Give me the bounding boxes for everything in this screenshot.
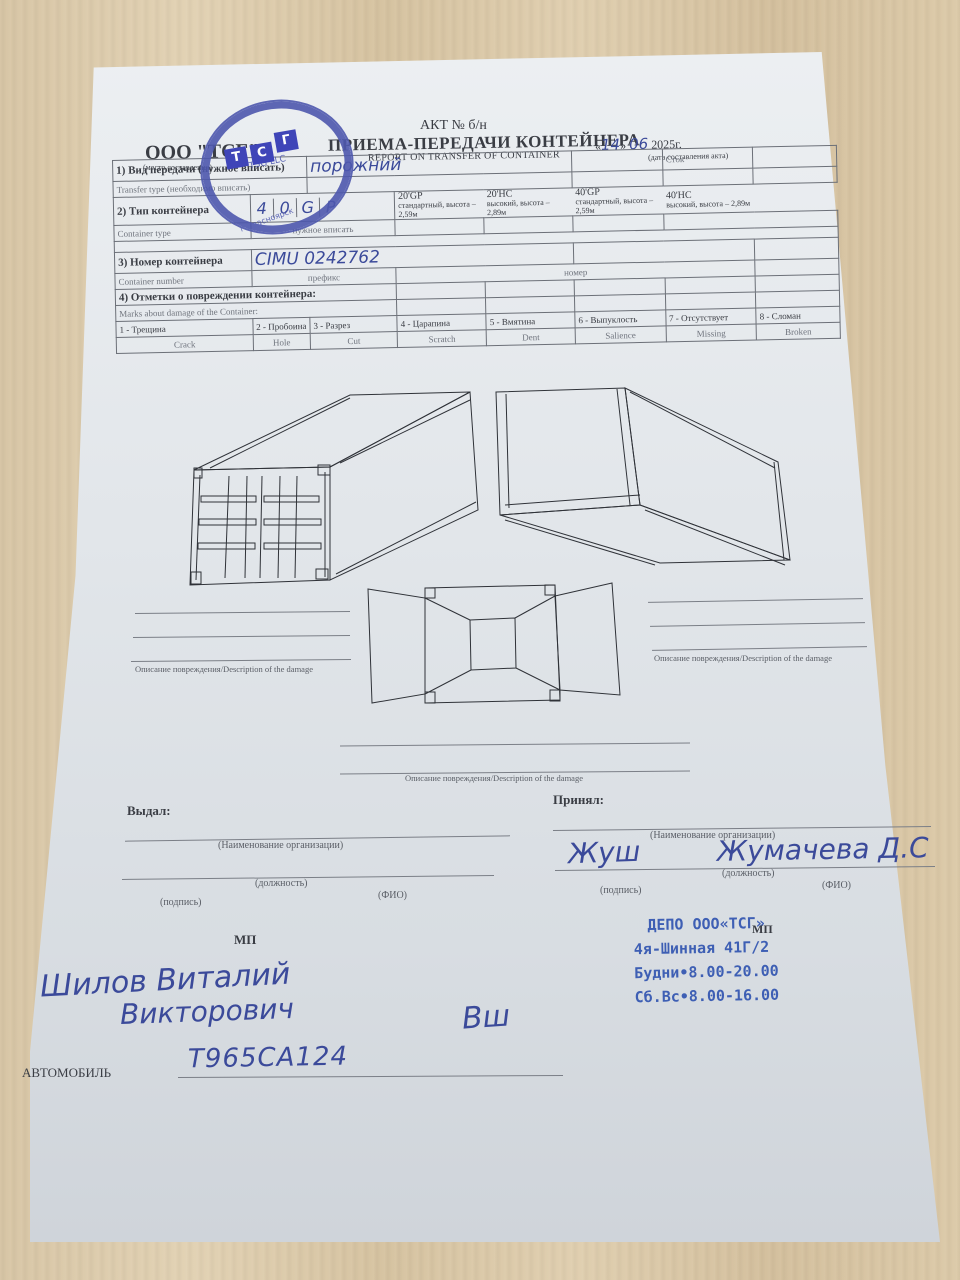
received-name-caption: (ФИО): [822, 880, 851, 891]
issued-name-caption: (ФИО): [378, 890, 407, 901]
container-diagrams: [0, 0, 960, 1280]
received-signature-caption: (подпись): [600, 885, 642, 896]
issued-org-caption: (Наименование организации): [218, 840, 343, 851]
issued-seal-label: МП: [234, 932, 256, 948]
vehicle-label: АВТОМОБИЛЬ: [22, 1065, 111, 1081]
damage-caption-right: Описание повреждения/Description of the …: [654, 653, 832, 663]
vehicle-plate: Т965СА124: [188, 1042, 349, 1075]
issued-label: Выдал:: [127, 803, 171, 819]
depot-stamp-line-2: 4я-Шинная 41Г/2: [634, 935, 779, 962]
damage-caption-left: Описание повреждения/Description of the …: [135, 664, 313, 674]
depot-stamp-line-3: Будни•8.00-20.00: [634, 959, 779, 986]
issued-signature-caption: (подпись): [160, 897, 202, 908]
stamp-letter: Т: [224, 146, 249, 170]
container-rear-isometric: [496, 388, 790, 565]
received-seal-label: МП: [752, 922, 773, 937]
issued-handwritten-name-2: Викторович: [119, 992, 294, 1031]
depot-stamp-line-4: Сб.Вс•8.00-16.00: [634, 983, 779, 1010]
container-interior-view: [368, 583, 620, 703]
container-front-isometric: [190, 392, 478, 585]
received-signature: Жуш: [567, 835, 640, 871]
stamp-letter: С: [249, 142, 274, 166]
issued-signature: Вш: [461, 998, 511, 1036]
received-handwritten-name: Жумачева Д.С: [717, 831, 929, 868]
damage-caption-bottom: Описание повреждения/Description of the …: [405, 773, 583, 783]
issued-position-caption: (должность): [255, 878, 308, 889]
received-position-caption: (должность): [722, 868, 775, 879]
received-label: Принял:: [553, 792, 604, 808]
stamp-letter: Г: [274, 129, 299, 153]
stamp-city: г.Красноярск: [239, 206, 295, 234]
